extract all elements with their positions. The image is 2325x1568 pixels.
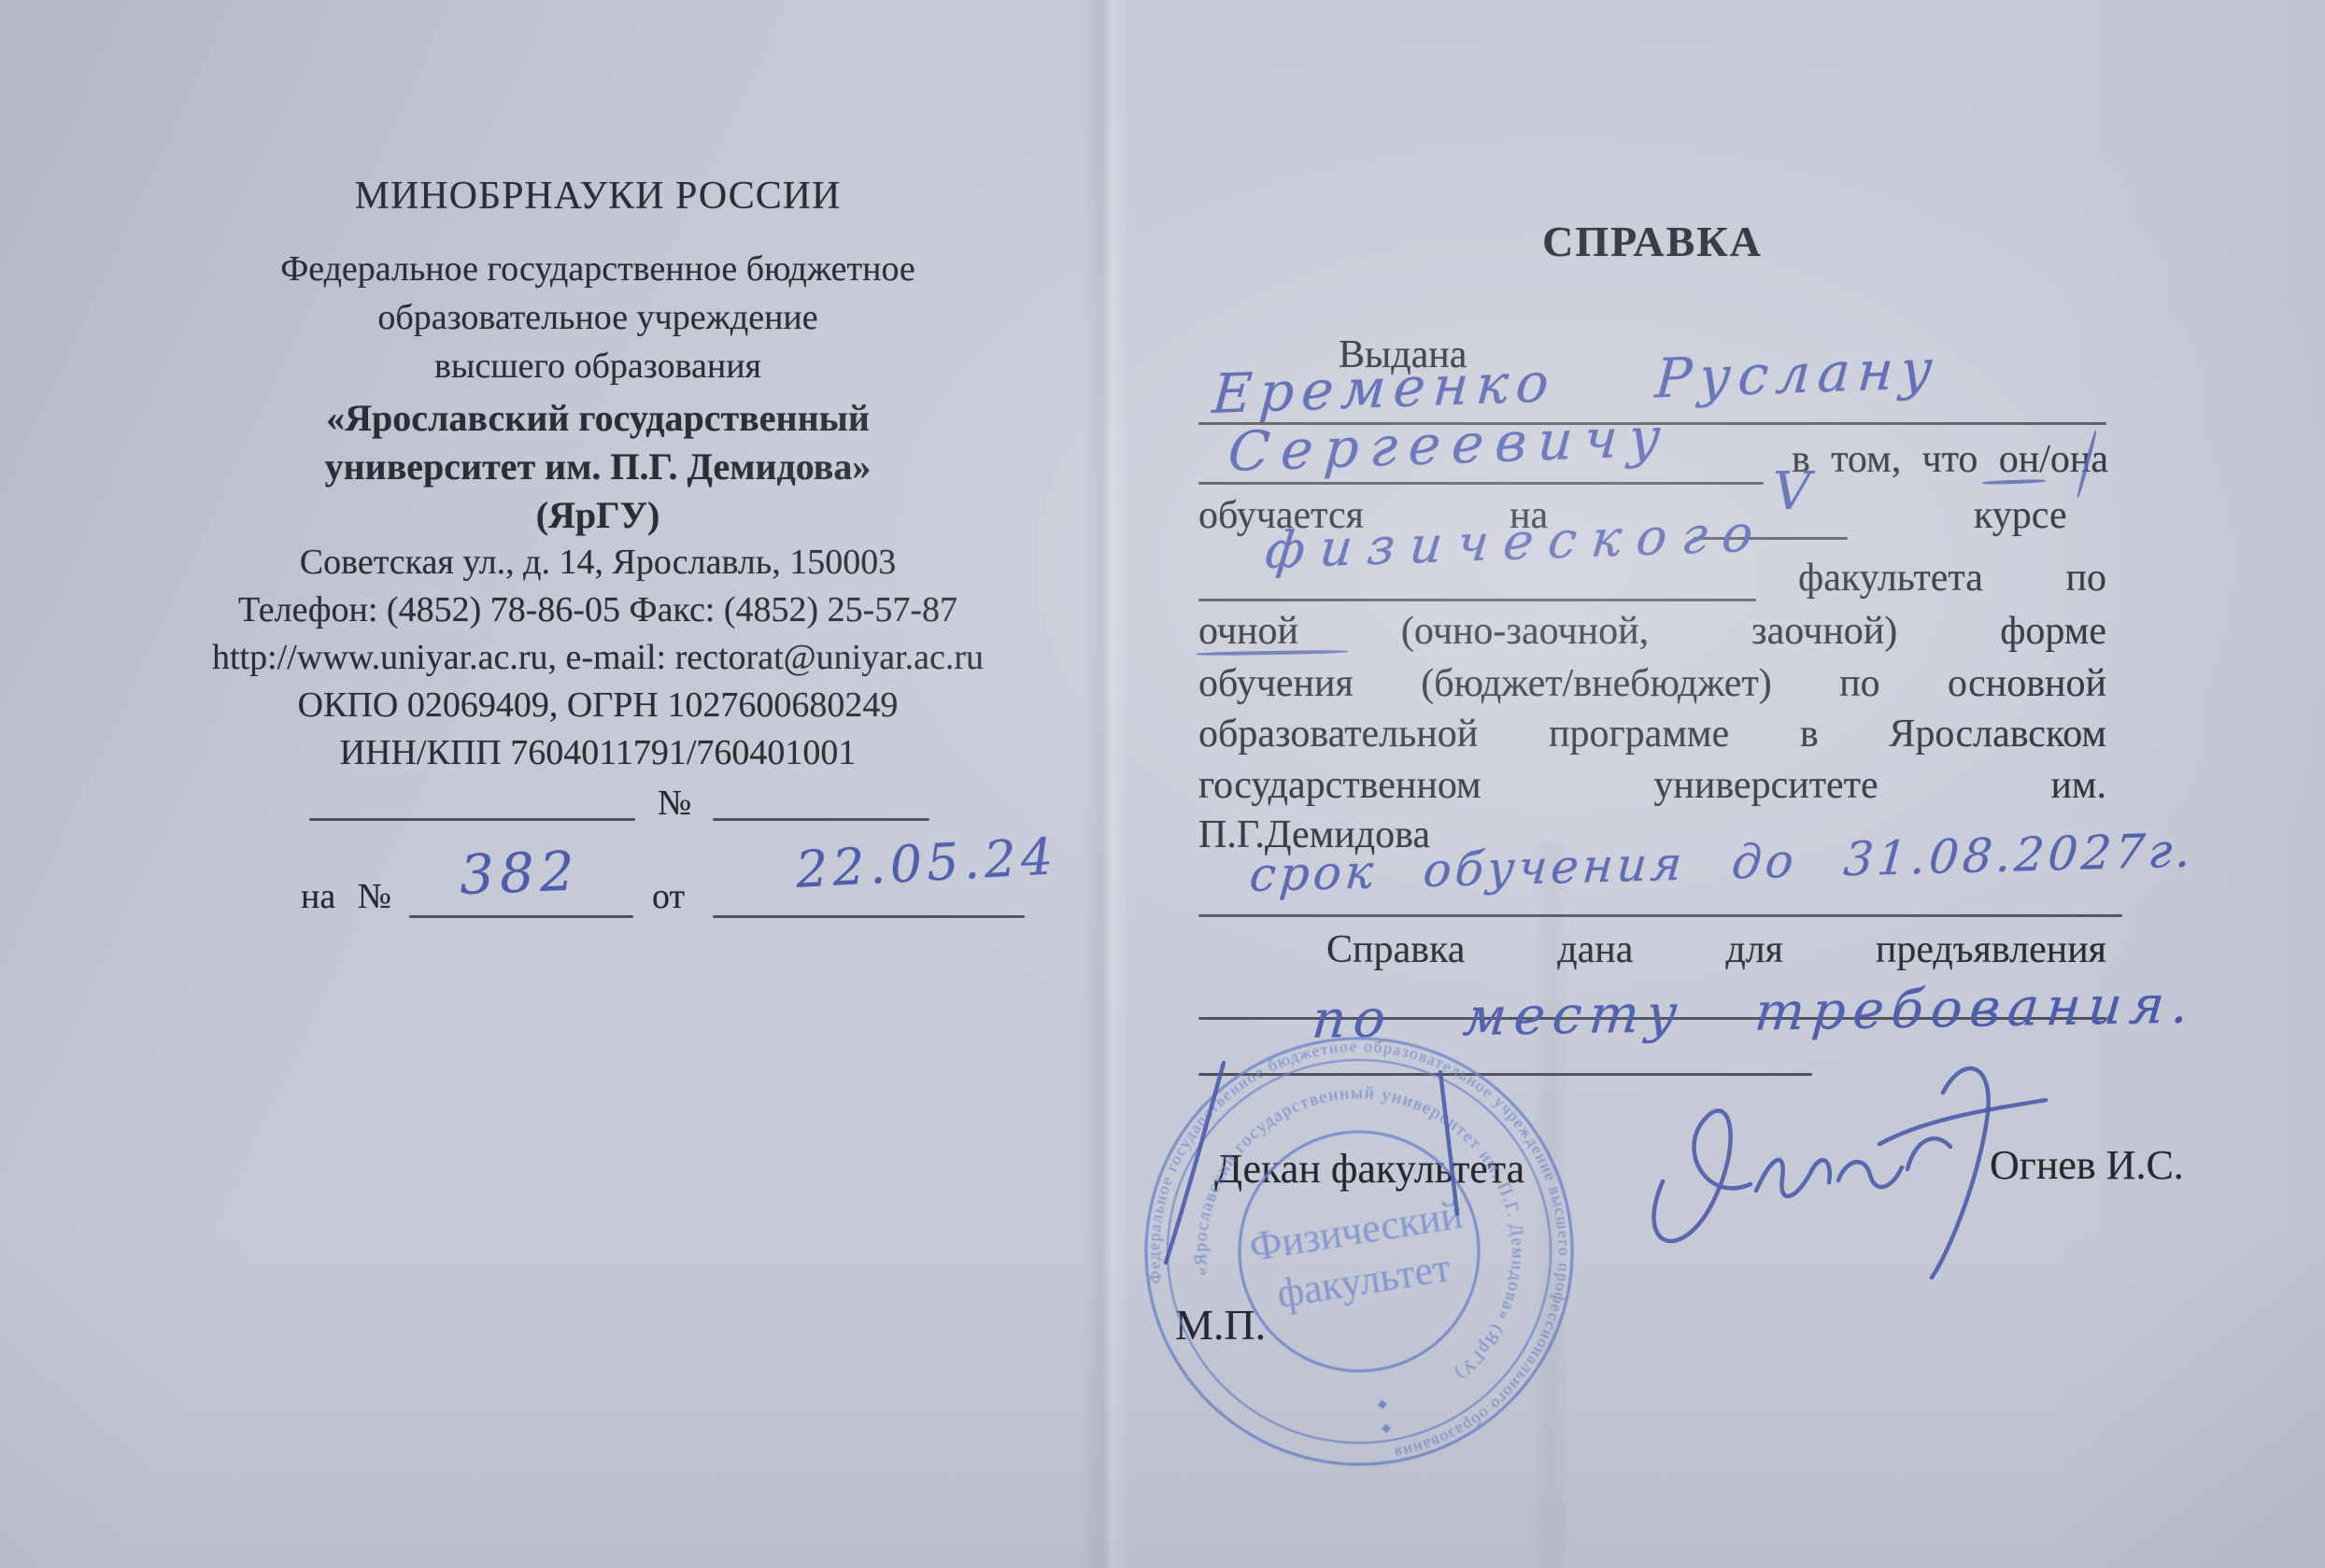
funding-line: обучения (бюджет/внебюджет) по основной: [1198, 661, 2106, 706]
faculty-blank-line: [1198, 599, 1756, 601]
form-line: очной (очно-заочной, заочной) форме: [1198, 609, 2106, 654]
ref-number-handwritten: 382: [459, 840, 581, 907]
stamp-dot-2: [1382, 1424, 1391, 1434]
signature-stroke-4: [1907, 1138, 1950, 1169]
course-word: курсе: [1974, 493, 2067, 538]
outgoing-number-blank-line: [309, 818, 635, 821]
signature-stroke-3: [1838, 1162, 1902, 1187]
ref-number-line: [409, 915, 633, 918]
purpose-line: Справка дана для предъявления: [1326, 927, 2106, 972]
scanned-certificate-page: МИНОБРНАУКИ РОССИИ Федеральное государст…: [0, 0, 2325, 1568]
university-round-stamp: Федеральное государственное бюджетное об…: [1092, 984, 1626, 1519]
number-sign: №: [658, 783, 691, 824]
dean-name: Огнев И.С.: [1990, 1141, 2184, 1189]
ref-date-handwritten: 22.05.24: [794, 826, 1058, 899]
org-type-line-3: высшего образования: [131, 346, 1065, 387]
program-line: образовательной программе в Ярославском: [1198, 712, 2106, 756]
clause-line: в том, что он/она: [1792, 437, 2108, 482]
stamp-dot-1: [1378, 1400, 1387, 1409]
ref-number-label: на №: [301, 876, 391, 917]
inn-kpp-line: ИНН/КПП 7604011791/760401001: [131, 732, 1065, 773]
ministry-line: МИНОБРНАУКИ РОССИИ: [131, 174, 1065, 219]
phone-fax-line: Телефон: (4852) 78-86-05 Факс: (4852) 25…: [131, 589, 1065, 630]
study-period-blank-line: [1198, 914, 2122, 917]
certificate-title: СПРАВКА: [1198, 217, 2106, 266]
course-number-handwritten: V: [1773, 461, 1810, 522]
okpo-ogrn-line: ОКПО 02069409, ОГРН 1027600680249: [131, 685, 1065, 726]
faculty-clause-line: факультета по: [1798, 556, 2106, 600]
address-line: Советская ул., д. 14, Ярославль, 150003: [131, 542, 1065, 583]
org-name-line-2: университет им. П.Г. Демидова»: [131, 445, 1065, 488]
name-blank-line-2: [1198, 482, 1764, 485]
paper-fold-crease: [1082, 0, 1130, 1568]
org-type-line-1: Федеральное государственное бюджетное: [131, 248, 1065, 290]
org-abbr-line: (ЯрГУ): [131, 493, 1065, 537]
signature-stroke-1: [1654, 1110, 1751, 1241]
ref-from-label: от: [652, 876, 685, 917]
ref-date-line: [713, 915, 1025, 918]
org-type-line-2: образовательное учреждение: [131, 297, 1065, 338]
outgoing-date-blank-line: [713, 818, 929, 821]
org-name-line-1: «Ярославский государственный: [131, 396, 1065, 440]
site-email-line: http://www.uniyar.ac.ru, e-mail: rectora…: [131, 637, 1065, 678]
signature-cross-stroke: [1879, 1100, 2046, 1144]
signature-stroke-2: [1756, 1160, 1830, 1196]
university-line: государственном университете им.: [1198, 763, 2106, 808]
signature-stroke-5: [1932, 1068, 1989, 1278]
